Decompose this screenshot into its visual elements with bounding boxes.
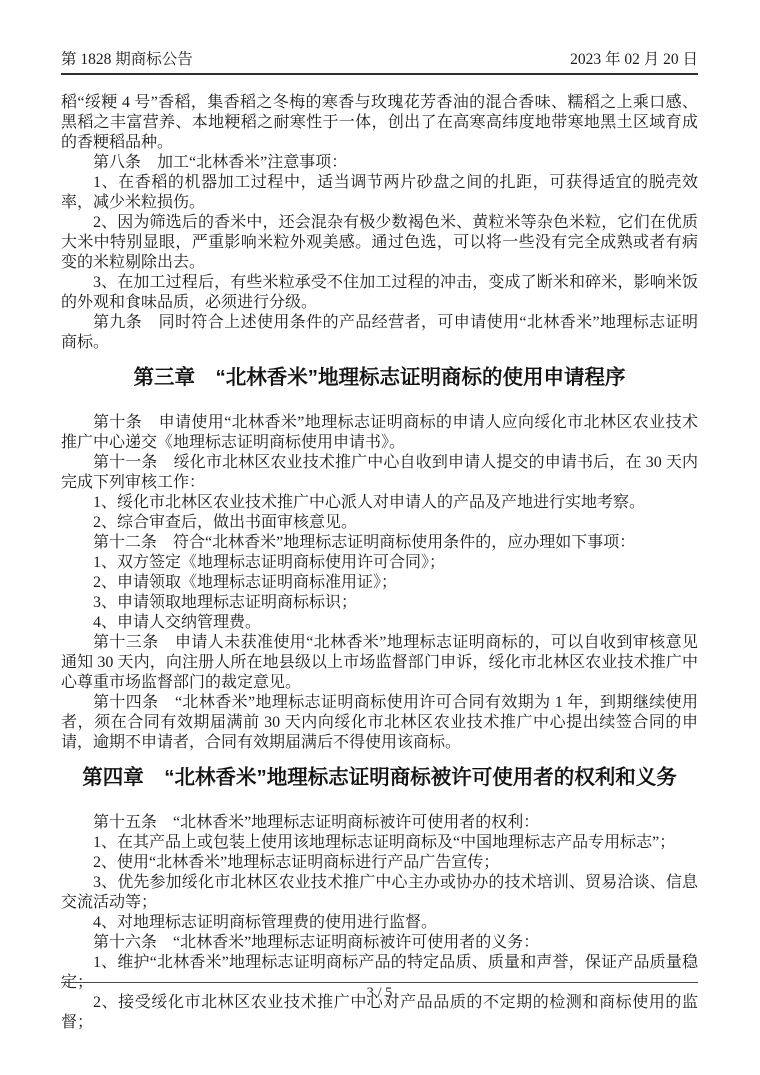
paragraph: 第十六条 “北林香米”地理标志证明商标被许可使用者的义务： (61, 933, 698, 953)
paragraph: 4、对地理标志证明商标管理费的使用进行监督。 (61, 913, 698, 933)
page-footer: 3 / 5 (61, 982, 698, 1002)
document-body: 稻“绥粳 4 号”香稻，集香稻之冬梅的寒香与玫瑰花芳香油的混合香味、糯稻之上乘口… (61, 93, 698, 1033)
paragraph: 2、使用“北林香米”地理标志证明商标进行产品广告宣传； (61, 853, 698, 873)
chapter-heading: 第四章 “北林香米”地理标志证明商标被许可使用者的权利和义务 (61, 764, 698, 792)
paragraph: 3、申请领取地理标志证明商标标识； (61, 593, 698, 613)
paragraph: 1、在香稻的机器加工过程中，适当调节两片砂盘之间的扎距，可获得适宜的脱壳效率，减… (61, 173, 698, 213)
paragraph: 稻“绥粳 4 号”香稻，集香稻之冬梅的寒香与玫瑰花芳香油的混合香味、糯稻之上乘口… (61, 93, 698, 153)
gazette-issue-title: 第 1828 期商标公告 (61, 50, 193, 70)
chapter-heading: 第三章 “北林香米”地理标志证明商标的使用申请程序 (61, 364, 698, 392)
paragraph: 第十三条 申请人未获准使用“北林香米”地理标志证明商标的，可以自收到审核意见通知… (61, 633, 698, 693)
paragraph: 第十一条 绥化市北林区农业技术推广中心自收到申请人提交的申请书后，在 30 天内… (61, 453, 698, 493)
gazette-page: 第 1828 期商标公告 2023 年 02 月 20 日 稻“绥粳 4 号”香… (0, 0, 760, 1075)
paragraph: 3、优先参加绥化市北林区农业技术推广中心主办或协办的技术培训、贸易洽谈、信息交流… (61, 873, 698, 913)
paragraph: 2、申请领取《地理标志证明商标准用证》； (61, 573, 698, 593)
paragraph: 第十四条 “北林香米”地理标志证明商标使用许可合同有效期为 1 年，到期继续使用… (61, 693, 698, 753)
paragraph: 第九条 同时符合上述使用条件的产品经营者，可申请使用“北林香米”地理标志证明商标… (61, 313, 698, 353)
paragraph: 2、因为筛选后的香米中，还会混杂有极少数褐色米、黄粒米等杂色米粒，它们在优质大米… (61, 213, 698, 273)
paragraph: 3、在加工过程后，有些米粒承受不住加工过程的冲击，变成了断米和碎米，影响米饭的外… (61, 273, 698, 313)
page-header: 第 1828 期商标公告 2023 年 02 月 20 日 (61, 50, 698, 75)
paragraph: 第十二条 符合“北林香米”地理标志证明商标使用条件的，应办理如下事项： (61, 533, 698, 553)
paragraph: 第十五条 “北林香米”地理标志证明商标被许可使用者的权利： (61, 813, 698, 833)
paragraph: 第八条 加工“北林香米”注意事项： (61, 153, 698, 173)
paragraph: 2、综合审查后，做出书面审核意见。 (61, 513, 698, 533)
gazette-date: 2023 年 02 月 20 日 (570, 50, 698, 70)
paragraph: 1、双方签定《地理标志证明商标使用许可合同》； (61, 553, 698, 573)
paragraph: 1、在其产品上或包装上使用该地理标志证明商标及“中国地理标志产品专用标志”； (61, 833, 698, 853)
paragraph: 4、申请人交纳管理费。 (61, 613, 698, 633)
paragraph: 第十条 申请使用“北林香米”地理标志证明商标的申请人应向绥化市北林区农业技术推广… (61, 413, 698, 453)
page-number: 3 / 5 (367, 985, 393, 1001)
paragraph: 1、绥化市北林区农业技术推广中心派人对申请人的产品及产地进行实地考察。 (61, 493, 698, 513)
